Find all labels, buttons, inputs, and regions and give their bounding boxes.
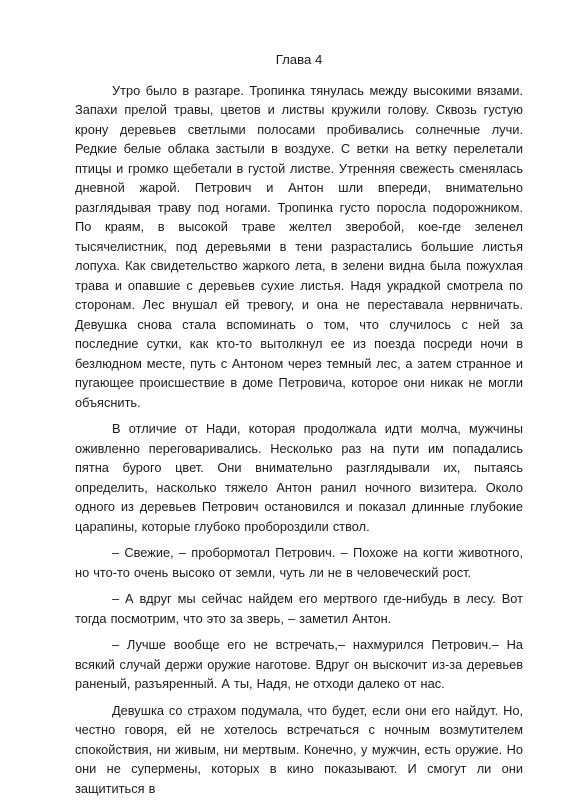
paragraph-dialogue: – А вдруг мы сейчас найдем его мертвого … <box>75 589 523 628</box>
paragraph: Девушка со страхом подумала, что будет, … <box>75 701 523 799</box>
paragraph-dialogue: – Свежие, – пробормотал Петрович. – Похо… <box>75 543 523 582</box>
document-page: Глава 4 Утро было в разгаре. Тропинка тя… <box>0 0 565 800</box>
paragraph-dialogue: – Лучше вообще его не встречать,– нахмур… <box>75 635 523 694</box>
paragraph: Утро было в разгаре. Тропинка тянулась м… <box>75 81 523 413</box>
paragraph: В отличие от Нади, которая продолжала ид… <box>75 419 523 536</box>
chapter-title: Глава 4 <box>75 50 523 70</box>
body-text: Утро было в разгаре. Тропинка тянулась м… <box>75 81 523 799</box>
